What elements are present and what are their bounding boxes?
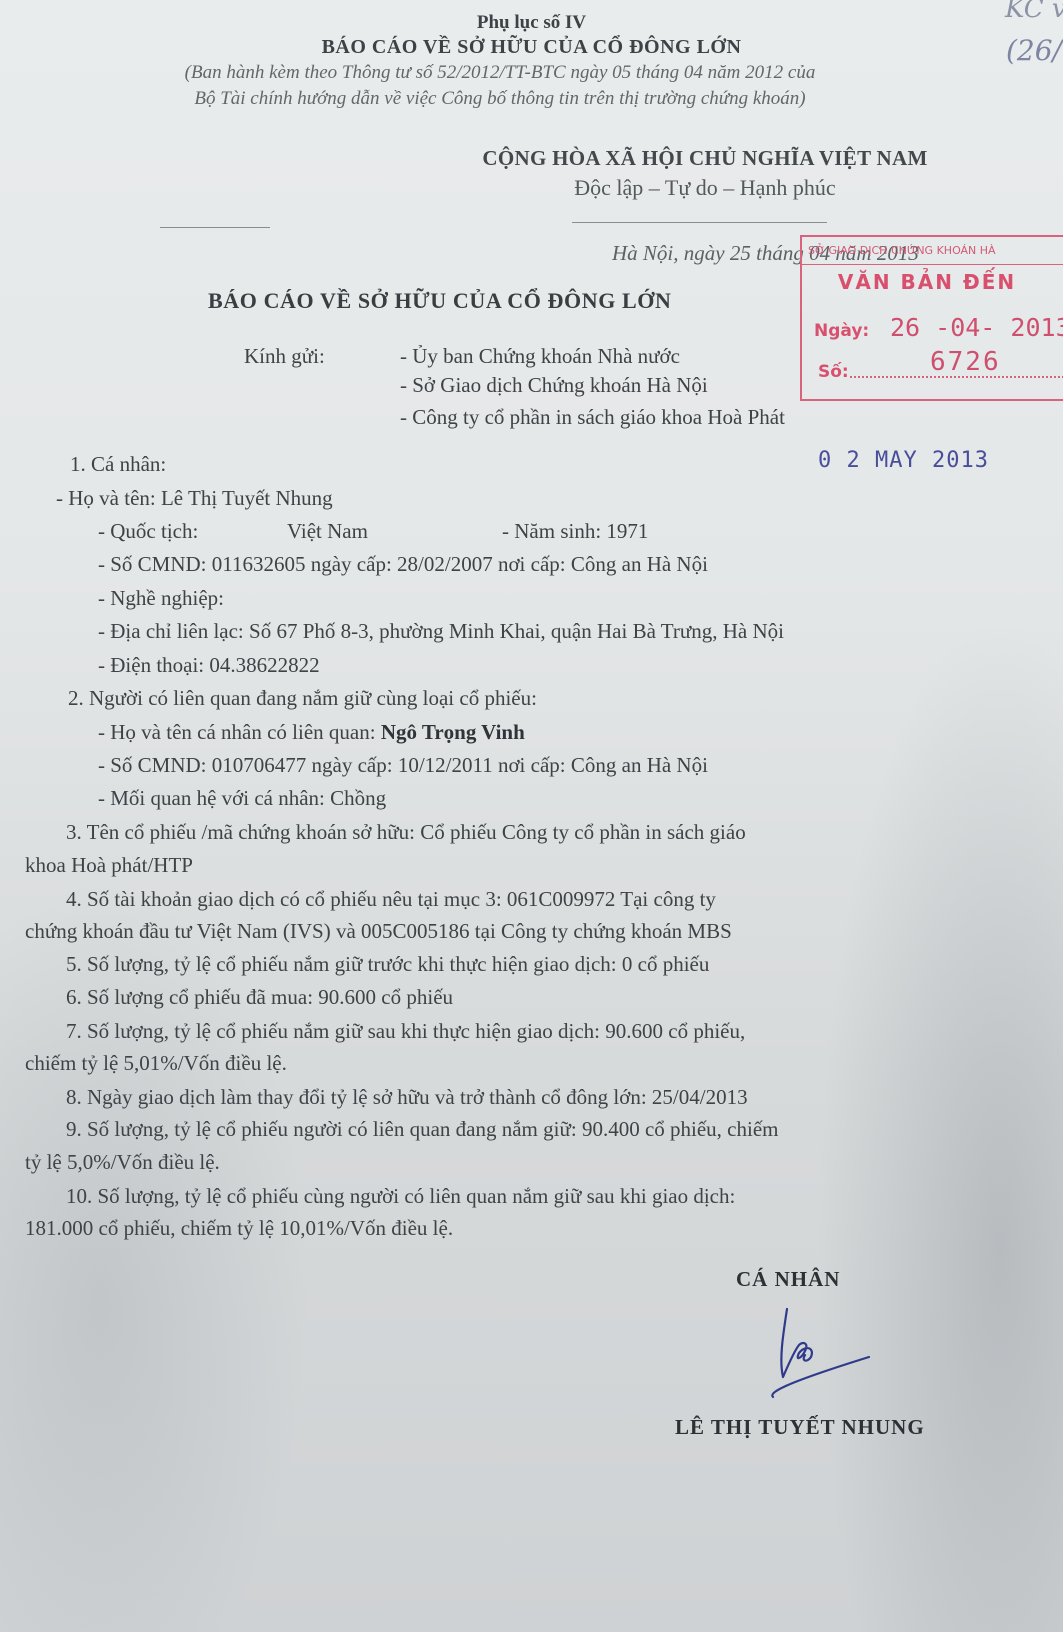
item3-line2: khoa Hoà phát/HTP (25, 853, 193, 878)
occupation: - Nghề nghiệp: (98, 586, 224, 611)
item9-line1: 9. Số lượng, tỷ lệ cổ phiếu người có liê… (66, 1117, 778, 1142)
item7-line2: chiếm tỷ lệ 5,01%/Vốn điều lệ. (25, 1051, 287, 1076)
stamp-issuer: SỞ GIAO DỊCH CHỨNG KHOÁN HÀ (802, 237, 1063, 265)
issuance-note-line1: (Ban hành kèm theo Thông tư số 52/2012/T… (0, 62, 1000, 84)
report-title: BÁO CÁO VỀ SỞ HỮU CỦA CỔ ĐÔNG LỚN (208, 288, 672, 314)
arrival-stamp: SỞ GIAO DỊCH CHỨNG KHOÁN HÀ VĂN BẢN ĐẾN … (800, 235, 1063, 401)
item10-line2: 181.000 cổ phiếu, chiếm tỷ lệ 10,01%/Vốn… (25, 1216, 453, 1241)
addressee-1: - Ủy ban Chứng khoán Nhà nước (400, 344, 680, 369)
stamp-number-value: 6726 (930, 347, 1001, 377)
item8: 8. Ngày giao dịch làm thay đổi tỷ lệ sở … (66, 1085, 748, 1110)
stamp-date-label: Ngày: (814, 321, 869, 341)
addressee-3: - Công ty cổ phần in sách giáo khoa Hoà … (400, 405, 785, 430)
item7-line1: 7. Số lượng, tỷ lệ cổ phiếu nắm giữ sau … (66, 1019, 745, 1044)
item6: 6. Số lượng cổ phiếu đã mua: 90.600 cổ p… (66, 985, 453, 1010)
address: - Địa chỉ liên lạc: Số 67 Phố 8-3, phườn… (98, 619, 784, 644)
item4-line2: chứng khoán đầu tư Việt Nam (IVS) và 005… (25, 919, 732, 944)
stamp-number-label: Số: (818, 362, 849, 382)
appendix-label: Phụ lục số IV (0, 12, 1063, 34)
left-divider (160, 227, 270, 228)
stamp-title: VĂN BẢN ĐẾN (802, 270, 1052, 294)
national-motto: Độc lập – Tự do – Hạnh phúc (430, 175, 980, 201)
addressee-2: - Sở Giao dịch Chứng khoán Hà Nội (400, 373, 708, 398)
section2-heading: 2. Người có liên quan đang nắm giữ cùng … (68, 686, 537, 711)
item10-line1: 10. Số lượng, tỷ lệ cổ phiếu cùng người … (66, 1184, 735, 1209)
id-card: - Số CMND: 011632605 ngày cấp: 28/02/200… (98, 552, 708, 577)
related-name-label: - Họ và tên cá nhân có liên quan: (98, 720, 381, 744)
phone: - Điện thoại: 04.38622822 (98, 653, 320, 678)
relationship: - Mối quan hệ với cá nhân: Chồng (98, 786, 386, 811)
appendix-title: BÁO CÁO VỀ SỞ HỮU CỦA CỔ ĐÔNG LỚN (0, 36, 1063, 59)
related-person: - Họ và tên cá nhân có liên quan: Ngô Tr… (98, 720, 525, 745)
birth-year: - Năm sinh: 1971 (502, 519, 648, 544)
item5: 5. Số lượng, tỷ lệ cổ phiếu nắm giữ trướ… (66, 952, 709, 977)
related-id-card: - Số CMND: 010706477 ngày cấp: 10/12/201… (98, 753, 708, 778)
issuance-note-line2: Bộ Tài chính hướng dẫn về việc Công bố t… (0, 88, 1000, 110)
signatory-name: LÊ THỊ TUYẾT NHUNG (675, 1415, 925, 1440)
nationality-value: Việt Nam (287, 519, 368, 544)
signature-icon (765, 1305, 875, 1400)
stamp-dotted-line (850, 376, 1063, 378)
item3-line1: 3. Tên cổ phiếu /mã chứng khoán sở hữu: … (66, 820, 746, 845)
nationality-label: - Quốc tịch: (98, 519, 198, 544)
item9-line2: tỷ lệ 5,0%/Vốn điều lệ. (25, 1150, 220, 1175)
related-name-value: Ngô Trọng Vinh (381, 720, 525, 744)
nation-heading: CỘNG HÒA XÃ HỘI CHỦ NGHĨA VIỆT NAM (430, 146, 980, 171)
item4-line1: 4. Số tài khoản giao dịch có cổ phiếu nê… (66, 887, 716, 912)
full-name: - Họ và tên: Lê Thị Tuyết Nhung (56, 486, 333, 511)
right-divider (572, 222, 827, 223)
received-date-stamp: 0 2 MAY 2013 (818, 448, 989, 473)
signature-role: CÁ NHÂN (736, 1267, 840, 1292)
section1-heading: 1. Cá nhân: (70, 452, 166, 477)
stamp-date-value: 26 -04- 2013 (890, 313, 1063, 342)
addressee-label: Kính gửi: (244, 344, 325, 369)
